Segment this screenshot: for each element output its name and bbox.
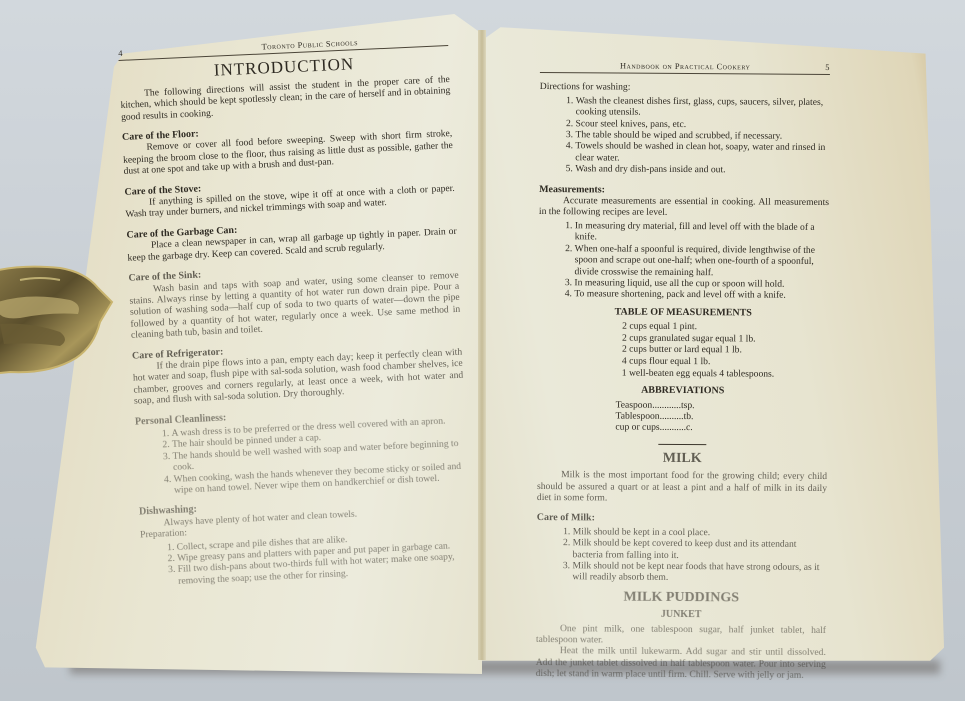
list-item: In measuring dry material, fill and leve… [575, 220, 829, 245]
junket-subtitle: JUNKET [536, 608, 826, 621]
left-page-number: 4 [118, 48, 123, 60]
list-item: To measure shortening, pack and level of… [574, 289, 828, 302]
personal-cleanliness-list: A wash dress is to be preferred or the d… [135, 415, 468, 498]
measurements-list: In measuring dry material, fill and leve… [538, 220, 829, 302]
measurements-text: Accurate measurements are essential in c… [539, 195, 829, 220]
list-item: Towels should be washed in clean hot, so… [575, 141, 829, 166]
brass-hand-clip-icon [0, 262, 118, 380]
junket-ingredients: One pint milk, one tablespoon sugar, hal… [536, 623, 826, 648]
care-of-milk-list: Milk should be kept in a cool place. Mil… [536, 526, 826, 585]
measure-row: 4 cups flour equal 1 lb. [622, 355, 828, 368]
right-running-head: Handbook on Practical Cookery [620, 61, 750, 73]
abbreviations-list: Teaspoon............tsp. Tablespoon.....… [615, 399, 827, 435]
right-page-content: Handbook on Practical Cookery 5 Directio… [536, 60, 830, 682]
measure-row: 1 well-beaten egg equals 4 tablespoons. [622, 367, 828, 380]
washing-heading: Directions for washing: [540, 81, 830, 94]
milk-puddings-title: MILK PUDDINGS [536, 591, 826, 604]
junket-method: Heat the milk until lukewarm. Add sugar … [536, 645, 826, 681]
list-item: Milk should be kept covered to keep dust… [573, 537, 827, 562]
table-of-measurements-heading: TABLE OF MEASUREMENTS [538, 306, 828, 319]
milk-text: Milk is the most important food for the … [537, 469, 827, 505]
right-running-header: Handbook on Practical Cookery 5 [540, 60, 830, 75]
list-item: When one-half a spoonful is required, di… [574, 243, 828, 279]
list-item: Milk should not be kept near foods that … [572, 560, 826, 585]
care-of-milk-heading: Care of Milk: [537, 512, 827, 525]
washing-list: Wash the cleanest dishes first, glass, c… [539, 95, 830, 177]
milk-title: MILK [537, 452, 827, 465]
left-page-content: 4 Toronto Public Schools INTRODUCTION Th… [118, 33, 472, 589]
intro-paragraph: The following directions will assist the… [120, 74, 451, 123]
book-spine-gutter [478, 30, 486, 660]
list-item: Wash and dry dish-pans inside and out. [575, 163, 829, 176]
right-page-number: 5 [825, 62, 830, 73]
table-of-measurements: 2 cups equal 1 pint. 2 cups granulated s… [622, 321, 828, 380]
list-item: Wash the cleanest dishes first, glass, c… [576, 95, 830, 120]
divider-rule [658, 444, 706, 445]
abbreviations-heading: ABBREVIATIONS [538, 384, 828, 397]
abbreviation-row: cup or cups...........c. [615, 422, 827, 435]
